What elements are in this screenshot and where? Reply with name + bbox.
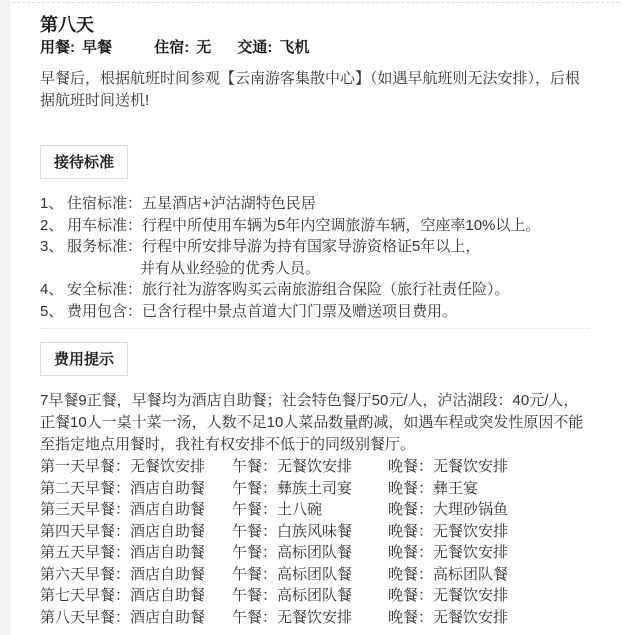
page-content: 第八天 用餐:早餐 住宿:无 交通:飞机 早餐后，根据航班时间参观【云南游客集散… <box>10 3 623 628</box>
meal-lunch-value: 无餐饮安排 <box>277 609 352 626</box>
meal-schedule-table: 第一天早餐：无餐饮安排 午餐：无餐饮安排 晚餐：无餐饮安排 第二天早餐：酒店自助… <box>40 456 590 628</box>
meal-day-label: 第一天早餐： <box>40 458 130 475</box>
std-item-number: 3、 <box>40 236 67 279</box>
meal-dinner-label: 晚餐： <box>388 544 433 561</box>
std-item-line: 服务标准：行程中所安排导游为持有国家导游资格证5年以上， <box>67 236 590 258</box>
meal-dinner-value: 无餐饮安排 <box>433 544 508 561</box>
std-item-text: 行程中所安排导游为持有国家导游资格证5年以上， <box>142 238 480 255</box>
meal-dinner-cell: 晚餐：无餐饮安排 <box>388 456 590 478</box>
meal-day-label: 第五天早餐： <box>40 544 130 561</box>
reception-standards-header: 接待标准 <box>40 145 128 179</box>
std-item-body: 用车标准：行程中所使用车辆为5年内空调旅游车辆，空座率10%以上。 <box>67 215 590 237</box>
meal-dinner-value: 大理砂锅鱼 <box>433 501 508 518</box>
std-item-line: 费用包含：已含行程中景点首道大门门票及赠送项目费用。 <box>67 301 590 323</box>
std-item-body: 安全标准：旅行社为游客购买云南旅游组合保险（旅行社责任险）。 <box>67 279 590 301</box>
meal-table-row: 第五天早餐：酒店自助餐 午餐：高标团队餐 晚餐：无餐饮安排 <box>40 542 590 564</box>
standard-list-item: 5、 费用包含：已含行程中景点首道大门门票及赠送项目费用。 <box>40 301 590 323</box>
meal-lunch-cell: 午餐：彝族土司宴 <box>232 478 388 500</box>
meal-breakfast-cell: 第六天早餐：酒店自助餐 <box>40 564 232 586</box>
standard-list-item: 4、 安全标准：旅行社为游客购买云南旅游组合保险（旅行社责任险）。 <box>40 279 590 301</box>
meal-dinner-label: 晚餐： <box>388 480 433 497</box>
meal-breakfast-cell: 第八天早餐：酒店自助餐 <box>40 607 232 629</box>
meal-lunch-cell: 午餐：高标团队餐 <box>232 585 388 607</box>
meal-dinner-cell: 晚餐：彝王宴 <box>388 478 590 500</box>
meal-lunch-value: 无餐饮安排 <box>277 458 352 475</box>
std-item-label: 费用包含： <box>67 303 142 320</box>
itinerary-page: 第八天 用餐:早餐 住宿:无 交通:飞机 早餐后，根据航班时间参观【云南游客集散… <box>10 0 623 635</box>
standard-list-item: 2、 用车标准：行程中所使用车辆为5年内空调旅游车辆，空座率10%以上。 <box>40 215 590 237</box>
meal-day-label: 第四天早餐： <box>40 523 130 540</box>
std-item-number: 2、 <box>40 215 67 237</box>
meal-lunch-value: 高标团队餐 <box>277 566 352 583</box>
meal-day-label: 第三天早餐： <box>40 501 130 518</box>
std-item-body: 服务标准：行程中所安排导游为持有国家导游资格证5年以上， 并有从业经验的优秀人员… <box>67 236 590 279</box>
meal-dinner-cell: 晚餐：无餐饮安排 <box>388 542 590 564</box>
std-item-label: 用车标准： <box>67 217 142 234</box>
fee-notice-header: 费用提示 <box>40 342 128 376</box>
meal-day-label: 第八天早餐： <box>40 609 130 626</box>
day-title: 第八天 <box>40 13 590 37</box>
meal-table-row: 第六天早餐：酒店自助餐 午餐：高标团队餐 晚餐：高标团队餐 <box>40 564 590 586</box>
std-item-number: 5、 <box>40 301 67 323</box>
day-description: 早餐后，根据航班时间参观【云南游客集散中心】（如遇早航班则无法安排），后根据航班… <box>40 68 592 112</box>
std-item-body: 费用包含：已含行程中景点首道大门门票及赠送项目费用。 <box>67 301 590 323</box>
meal-lunch-cell: 午餐：土八碗 <box>232 499 388 521</box>
meta-meals-label: 用餐: <box>40 39 75 56</box>
meal-lunch-cell: 午餐：无餐饮安排 <box>232 456 388 478</box>
meal-dinner-cell: 晚餐：无餐饮安排 <box>388 607 590 629</box>
meal-dinner-label: 晚餐： <box>388 587 433 604</box>
meal-breakfast-value: 无餐饮安排 <box>130 458 205 475</box>
meal-breakfast-value: 酒店自助餐 <box>130 566 205 583</box>
day-meta-row: 用餐:早餐 住宿:无 交通:飞机 <box>40 37 590 59</box>
meal-lunch-value: 白族风味餐 <box>277 523 352 540</box>
meal-table-row: 第一天早餐：无餐饮安排 午餐：无餐饮安排 晚餐：无餐饮安排 <box>40 456 590 478</box>
meal-lunch-label: 午餐： <box>232 480 277 497</box>
meta-transport-label: 交通: <box>237 39 272 56</box>
meal-lunch-value: 土八碗 <box>277 501 322 518</box>
page-left-edge <box>0 0 10 635</box>
meal-dinner-value: 无餐饮安排 <box>433 587 508 604</box>
meta-meals-value: 早餐 <box>82 39 112 56</box>
std-item-body: 住宿标准：五星酒店+泸沽湖特色民居 <box>67 193 590 215</box>
reception-standards-list: 1、 住宿标准：五星酒店+泸沽湖特色民居 2、 用车标准：行程中所使用车辆为5年… <box>40 193 590 322</box>
meal-dinner-value: 彝王宴 <box>433 480 478 497</box>
meal-dinner-value: 无餐饮安排 <box>433 523 508 540</box>
meal-dinner-label: 晚餐： <box>388 566 433 583</box>
meal-lunch-label: 午餐： <box>232 566 277 583</box>
meal-lunch-label: 午餐： <box>232 609 277 626</box>
meal-dinner-value: 无餐饮安排 <box>433 458 508 475</box>
fee-notice-paragraph: 7早餐9正餐，早餐均为酒店自助餐；社会特色餐厅50元/人，泸沽湖段：40元/人，… <box>40 390 592 456</box>
meal-table-row: 第四天早餐：酒店自助餐 午餐：白族风味餐 晚餐：无餐饮安排 <box>40 521 590 543</box>
meal-dinner-cell: 晚餐：大理砂锅鱼 <box>388 499 590 521</box>
meal-dinner-value: 无餐饮安排 <box>433 609 508 626</box>
meta-transport: 交通:飞机 <box>237 37 309 59</box>
meal-lunch-cell: 午餐：白族风味餐 <box>232 521 388 543</box>
std-item-label: 住宿标准： <box>67 195 142 212</box>
standard-list-item: 1、 住宿标准：五星酒店+泸沽湖特色民居 <box>40 193 590 215</box>
std-item-line: 用车标准：行程中所使用车辆为5年内空调旅游车辆，空座率10%以上。 <box>67 215 590 237</box>
meal-lunch-cell: 午餐：无餐饮安排 <box>232 607 388 629</box>
meal-breakfast-value: 酒店自助餐 <box>130 587 205 604</box>
meal-lunch-value: 彝族土司宴 <box>277 480 352 497</box>
meal-lunch-label: 午餐： <box>232 501 277 518</box>
std-item-text: 已含行程中景点首道大门门票及赠送项目费用。 <box>142 303 457 320</box>
meal-breakfast-cell: 第四天早餐：酒店自助餐 <box>40 521 232 543</box>
meal-dinner-label: 晚餐： <box>388 501 433 518</box>
meal-day-label: 第六天早餐： <box>40 566 130 583</box>
meal-lunch-label: 午餐： <box>232 523 277 540</box>
meta-lodging-value: 无 <box>196 39 211 56</box>
meal-lunch-label: 午餐： <box>232 544 277 561</box>
meta-lodging-label: 住宿: <box>154 39 189 56</box>
meta-meals: 用餐:早餐 <box>40 37 112 59</box>
std-item-number: 1、 <box>40 193 67 215</box>
std-item-line: 住宿标准：五星酒店+泸沽湖特色民居 <box>67 193 590 215</box>
meal-lunch-value: 高标团队餐 <box>277 544 352 561</box>
meal-dinner-cell: 晚餐：无餐饮安排 <box>388 521 590 543</box>
meta-lodging: 住宿:无 <box>154 37 211 59</box>
standard-list-item: 3、 服务标准：行程中所安排导游为持有国家导游资格证5年以上， 并有从业经验的优… <box>40 236 590 279</box>
meal-breakfast-cell: 第三天早餐：酒店自助餐 <box>40 499 232 521</box>
std-item-text: 五星酒店+泸沽湖特色民居 <box>142 195 316 212</box>
meal-day-label: 第七天早餐： <box>40 587 130 604</box>
std-item-text: 旅行社为游客购买云南旅游组合保险（旅行社责任险）。 <box>142 281 510 298</box>
std-item-line: 安全标准：旅行社为游客购买云南旅游组合保险（旅行社责任险）。 <box>67 279 590 301</box>
meal-lunch-label: 午餐： <box>232 587 277 604</box>
meal-dinner-value: 高标团队餐 <box>433 566 508 583</box>
meta-transport-value: 飞机 <box>279 39 309 56</box>
meal-dinner-label: 晚餐： <box>388 609 433 626</box>
meal-breakfast-value: 酒店自助餐 <box>130 501 205 518</box>
meal-lunch-cell: 午餐：高标团队餐 <box>232 564 388 586</box>
meal-table-row: 第三天早餐：酒店自助餐 午餐：土八碗 晚餐：大理砂锅鱼 <box>40 499 590 521</box>
std-item-text: 行程中所使用车辆为5年内空调旅游车辆，空座率10%以上。 <box>142 217 540 234</box>
std-item-label: 安全标准： <box>67 281 142 298</box>
meal-table-row: 第八天早餐：酒店自助餐 午餐：无餐饮安排 晚餐：无餐饮安排 <box>40 607 590 629</box>
meal-dinner-cell: 晚餐：高标团队餐 <box>388 564 590 586</box>
meal-table-row: 第七天早餐：酒店自助餐 午餐：高标团队餐 晚餐：无餐饮安排 <box>40 585 590 607</box>
meal-breakfast-cell: 第七天早餐：酒店自助餐 <box>40 585 232 607</box>
meal-breakfast-value: 酒店自助餐 <box>130 480 205 497</box>
meal-table-row: 第二天早餐：酒店自助餐 午餐：彝族土司宴 晚餐：彝王宴 <box>40 478 590 500</box>
std-item-number: 4、 <box>40 279 67 301</box>
meal-day-label: 第二天早餐： <box>40 480 130 497</box>
meal-breakfast-cell: 第五天早餐：酒店自助餐 <box>40 542 232 564</box>
meal-dinner-label: 晚餐： <box>388 523 433 540</box>
meal-lunch-value: 高标团队餐 <box>277 587 352 604</box>
meal-lunch-cell: 午餐：高标团队餐 <box>232 542 388 564</box>
std-item-label: 服务标准： <box>67 238 142 255</box>
meal-breakfast-cell: 第二天早餐：酒店自助餐 <box>40 478 232 500</box>
meal-breakfast-cell: 第一天早餐：无餐饮安排 <box>40 456 232 478</box>
meal-breakfast-value: 酒店自助餐 <box>130 544 205 561</box>
std-item-continuation: 并有从业经验的优秀人员。 <box>67 258 590 280</box>
meal-breakfast-value: 酒店自助餐 <box>130 609 205 626</box>
meal-dinner-cell: 晚餐：无餐饮安排 <box>388 585 590 607</box>
meal-dinner-label: 晚餐： <box>388 458 433 475</box>
meal-lunch-label: 午餐： <box>232 458 277 475</box>
meal-breakfast-value: 酒店自助餐 <box>130 523 205 540</box>
